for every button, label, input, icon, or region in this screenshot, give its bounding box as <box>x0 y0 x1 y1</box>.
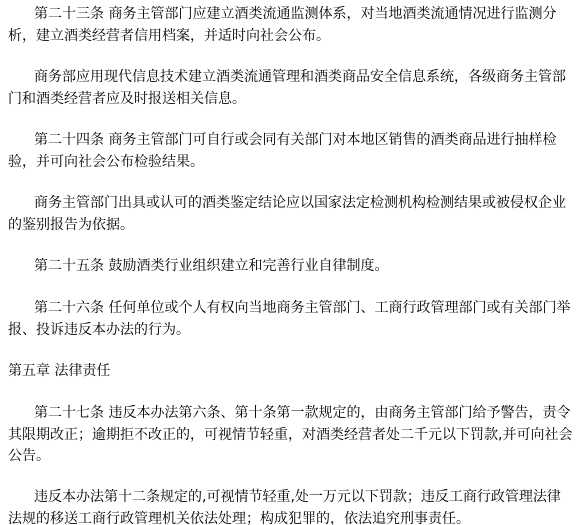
document-body: 第二十三条 商务主管部门应建立酒类流通监测体系，对当地酒类流通情况进行监测分 析… <box>0 0 580 525</box>
text-line: 第二十三条 商务主管部门应建立酒类流通监测体系，对当地酒类流通情况进行监测分 <box>8 4 576 26</box>
text-line: 其限期改正；逾期拒不改正的，可视情节轻重，对酒类经营者处二千元以下罚款,并可向社… <box>8 425 576 447</box>
text-line: 公告。 <box>8 446 576 468</box>
paragraph-info-system: 商务部应用现代信息技术建立酒类流通管理和酒类商品安全信息系统，各级商务主管部 门… <box>8 67 576 110</box>
text-line: 第二十七条 违反本办法第六条、第十条第一款规定的，由商务主管部门给予警告，责令 <box>8 403 576 425</box>
text-line: 第二十六条 任何单位或个人有权向当地商务主管部门、工商行政管理部门或有关部门举 <box>8 298 576 320</box>
paragraph-penalty: 违反本办法第十二条规定的,可视情节轻重,处一万元以下罚款；违反工商行政管理法律 … <box>8 487 576 525</box>
text-line: 法规的移送工商行政管理机关依法处理；构成犯罪的，依法追究刑事责任。 <box>8 509 576 525</box>
text-line: 商务主管部门出具或认可的酒类鉴定结论应以国家法定检测机构检测结果或被侵权企业 <box>8 193 576 215</box>
chapter-heading: 第五章 法律责任 <box>8 361 576 383</box>
text-line: 商务部应用现代信息技术建立酒类流通管理和酒类商品安全信息系统，各级商务主管部 <box>8 67 576 89</box>
article-26: 第二十六条 任何单位或个人有权向当地商务主管部门、工商行政管理部门或有关部门举 … <box>8 298 576 341</box>
paragraph-appraisal: 商务主管部门出具或认可的酒类鉴定结论应以国家法定检测机构检测结果或被侵权企业 的… <box>8 193 576 236</box>
article-25: 第二十五条 鼓励酒类行业组织建立和完善行业自律制度。 <box>8 256 576 278</box>
article-23: 第二十三条 商务主管部门应建立酒类流通监测体系，对当地酒类流通情况进行监测分 析… <box>8 4 576 47</box>
text-line: 验，并可向社会公布检验结果。 <box>8 152 576 174</box>
text-line: 第二十五条 鼓励酒类行业组织建立和完善行业自律制度。 <box>8 256 576 278</box>
text-line: 析，建立酒类经营者信用档案，并适时向社会公布。 <box>8 26 576 48</box>
article-24: 第二十四条 商务主管部门可自行或会同有关部门对本地区销售的酒类商品进行抽样检 验… <box>8 130 576 173</box>
chapter-title: 第五章 法律责任 <box>8 361 576 383</box>
text-line: 第二十四条 商务主管部门可自行或会同有关部门对本地区销售的酒类商品进行抽样检 <box>8 130 576 152</box>
text-line: 违反本办法第十二条规定的,可视情节轻重,处一万元以下罚款；违反工商行政管理法律 <box>8 487 576 509</box>
text-line: 门和酒类经营者应及时报送相关信息。 <box>8 89 576 111</box>
text-line: 报、投诉违反本办法的行为。 <box>8 320 576 342</box>
article-27: 第二十七条 违反本办法第六条、第十条第一款规定的，由商务主管部门给予警告，责令 … <box>8 403 576 468</box>
text-line: 的鉴别报告为依据。 <box>8 215 576 237</box>
